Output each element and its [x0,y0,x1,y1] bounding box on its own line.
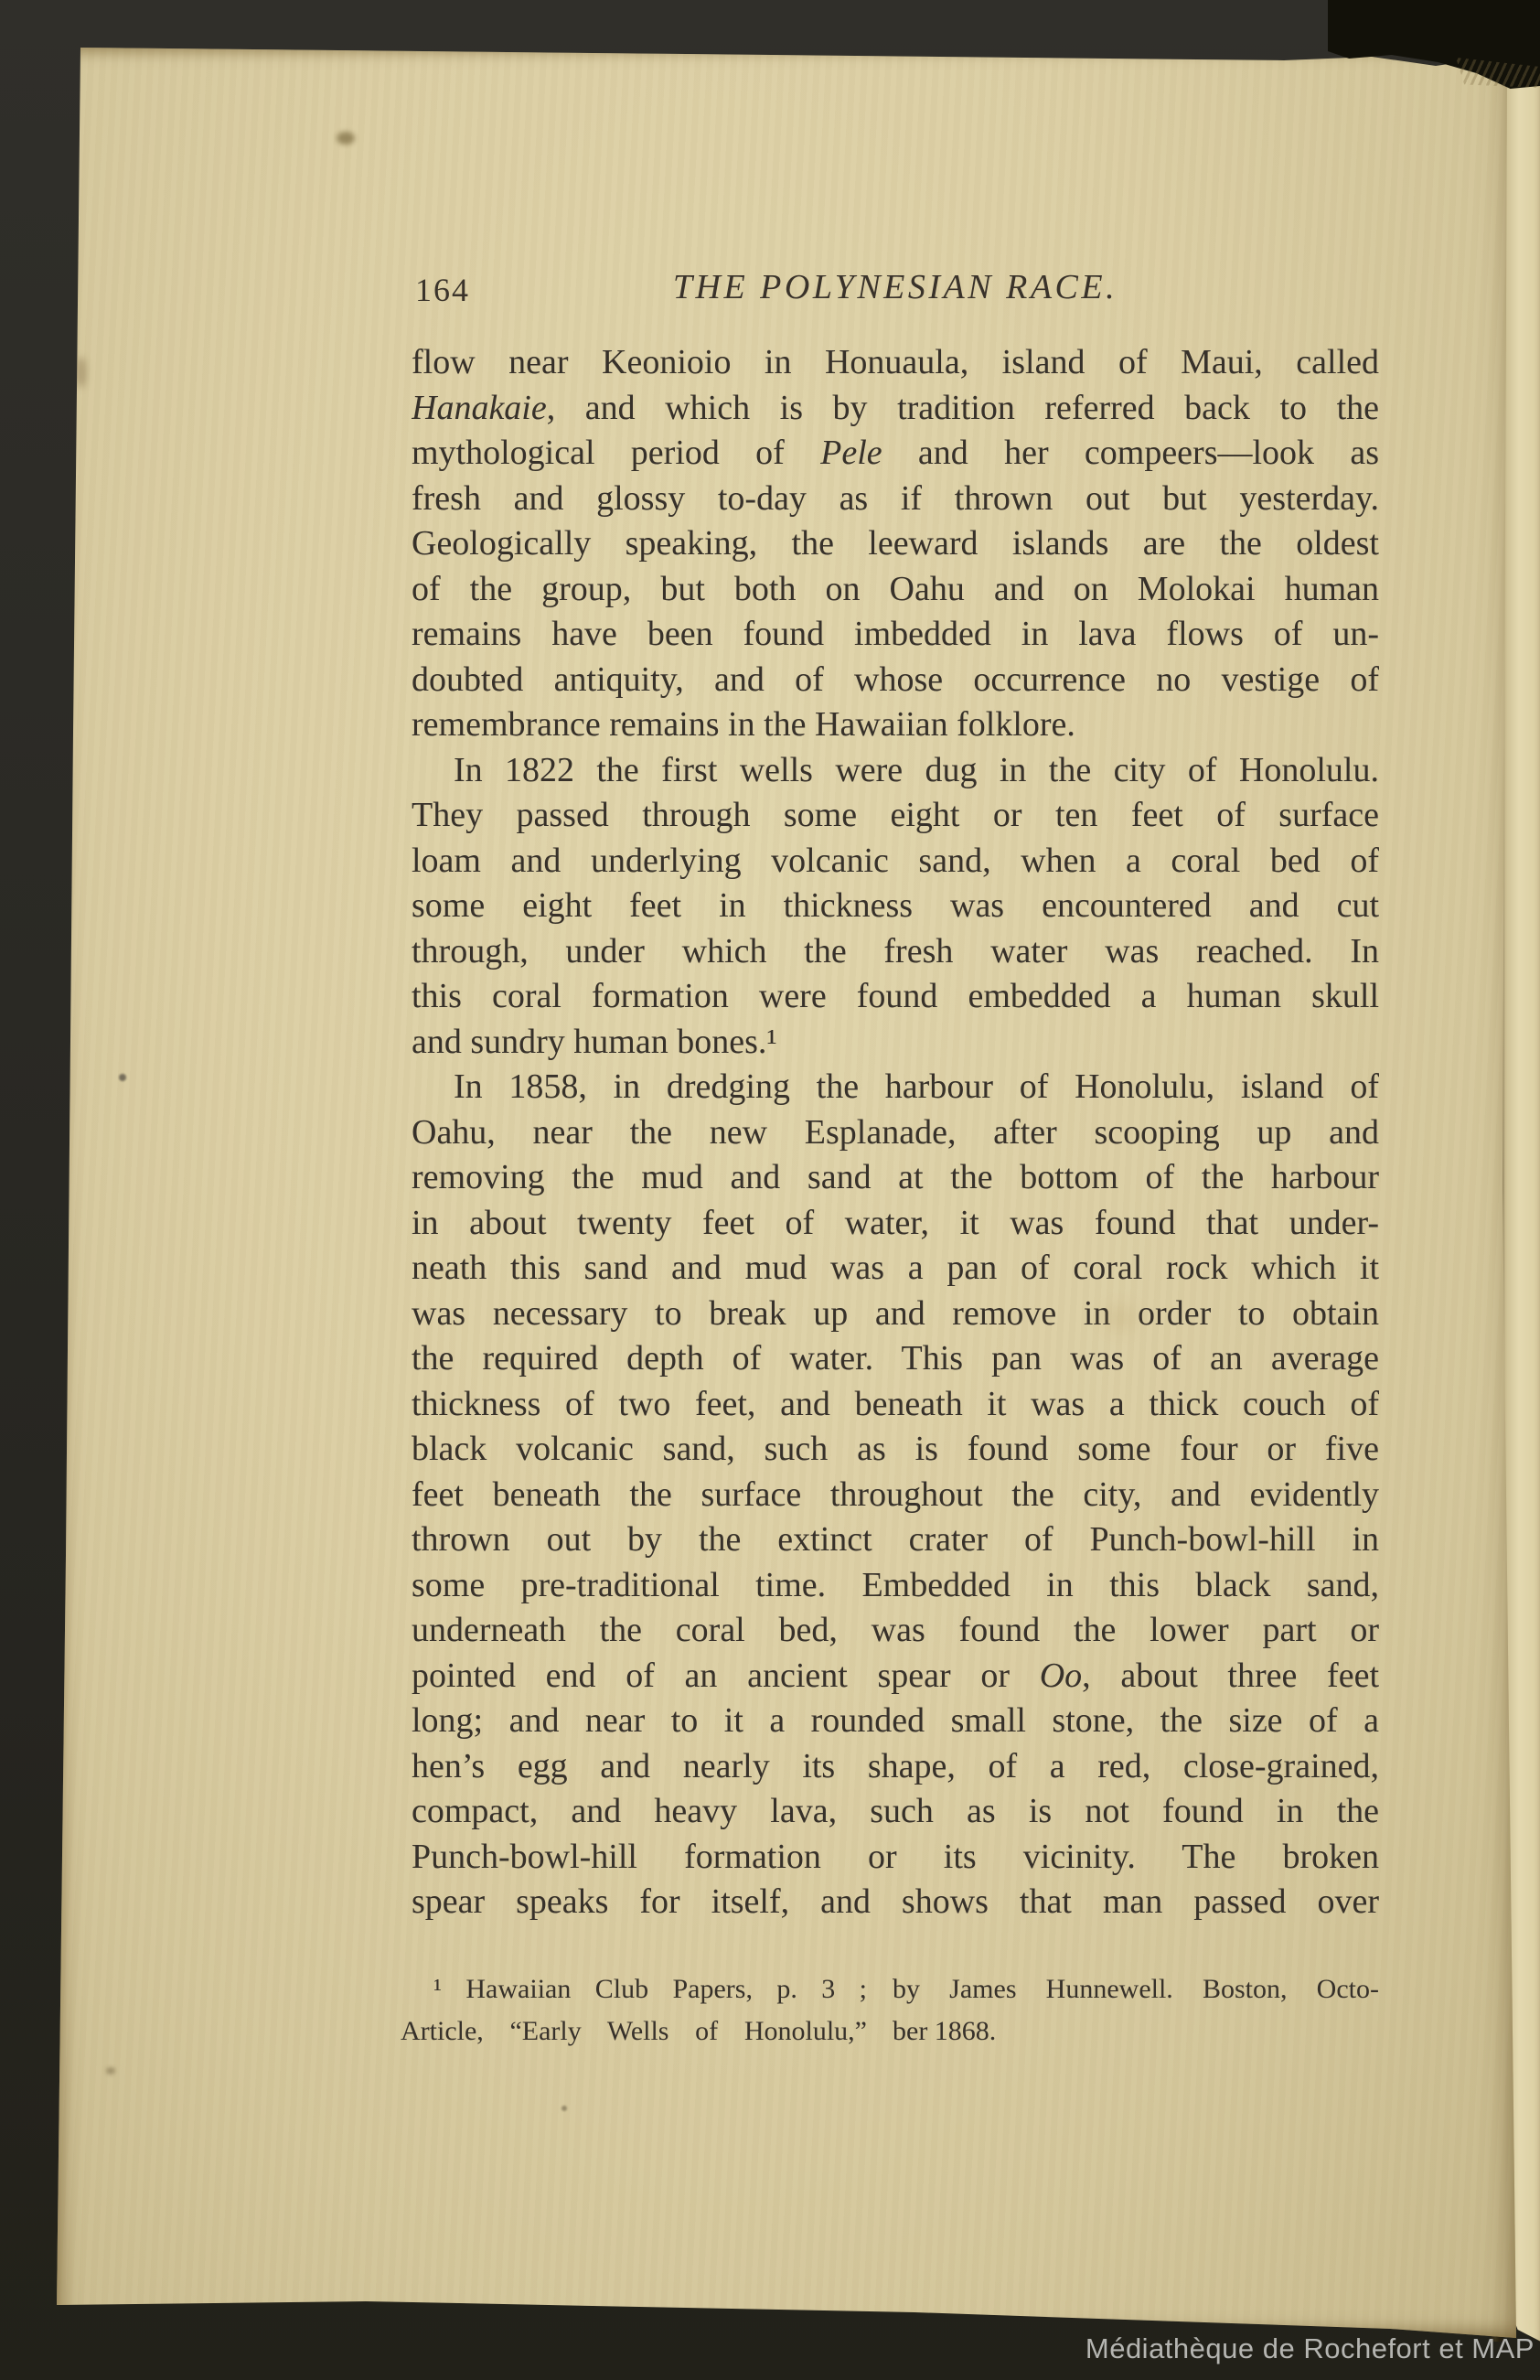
text-line: flow near Keonioio in Honuaula, island o… [412,340,1379,386]
page-header: 164 THE POLYNESIAN RACE. [412,267,1379,315]
text-line: this coral formation were found embedded… [412,974,1379,1020]
text-line: remembrance remains in the Hawaiian folk… [412,702,1379,748]
running-title: THE POLYNESIAN RACE. [412,267,1379,307]
text-line: thickness of two feet, and beneath it wa… [412,1382,1379,1428]
text-line: remains have been found imbedded in lava… [412,612,1379,658]
paper-stain [337,132,355,145]
text-line: In 1822 the first wells were dug in the … [412,748,1379,794]
text-line: long; and near to it a rounded small sto… [412,1699,1379,1744]
text-line: was necessary to break up and remove in … [412,1292,1379,1337]
text-line: Oahu, near the new Esplanade, after scoo… [412,1110,1379,1156]
scanned-book-photo: 164 THE POLYNESIAN RACE. flow near Keoni… [0,0,1540,2380]
text-line: removing the mud and sand at the bottom … [412,1155,1379,1201]
text-line: pointed end of an ancient spear or Oo, a… [412,1654,1379,1699]
text-line: fresh and glossy to-day as if thrown out… [412,477,1379,522]
text-line: They passed through some eight or ten fe… [412,793,1379,839]
text-line: underneath the coral bed, was found the … [412,1608,1379,1654]
text-line: black volcanic sand, such as is found so… [412,1427,1379,1473]
text-line: of the group, but both on Oahu and on Mo… [412,567,1379,613]
body-text: flow near Keonioio in Honuaula, island o… [412,340,1379,1925]
paper-stain [106,2067,115,2074]
footnote-line: by James Hunnewell. Boston, Octo- [893,1968,1379,2010]
text-line: some eight feet in thickness was encount… [412,884,1379,929]
text-line: loam and underlying volcanic sand, when … [412,839,1379,884]
paper-stain [77,357,86,388]
paper-stain [561,2106,567,2111]
text-line: neath this sand and mud was a pan of cor… [412,1246,1379,1292]
library-watermark: Médiathèque de Rochefort et MAP [1085,2332,1535,2365]
text-line: Punch-bowl-hill formation or its vicinit… [412,1835,1379,1881]
text-line: through, under which the fresh water was… [412,929,1379,975]
text-line: hen’s egg and nearly its shape, of a red… [412,1744,1379,1790]
footnote-line: Article, “Early Wells of Honolulu,” [401,2010,867,2053]
text-line: compact, and heavy lava, such as is not … [412,1789,1379,1835]
footnote-line: ber 1868. [893,2010,1379,2053]
text-line: In 1858, in dredging the harbour of Hono… [412,1065,1379,1110]
text-line: spear speaks for itself, and shows that … [412,1880,1379,1925]
text-line: and sundry human bones.¹ [412,1020,1379,1066]
text-line: feet beneath the surface throughout the … [412,1473,1379,1518]
book-page: 164 THE POLYNESIAN RACE. flow near Keoni… [53,42,1518,2340]
footnote-line: ¹ Hawaiian Club Papers, p. 3 ; [401,1968,867,2010]
text-line: thrown out by the extinct crater of Punc… [412,1517,1379,1563]
text-line: some pre-traditional time. Embedded in t… [412,1563,1379,1609]
paper-stain [119,1074,126,1081]
text-line: mythological period of Pele and her comp… [412,431,1379,477]
text-line: Geologically speaking, the leeward islan… [412,521,1379,567]
text-line: in about twenty feet of water, it was fo… [412,1201,1379,1247]
text-line: doubted antiquity, and of whose occurren… [412,658,1379,703]
footnote: ¹ Hawaiian Club Papers, p. 3 ;by James H… [401,1968,1379,2053]
text-line: the required depth of water. This pan wa… [412,1336,1379,1382]
text-line: Hanakaie, and which is by tradition refe… [412,386,1379,432]
